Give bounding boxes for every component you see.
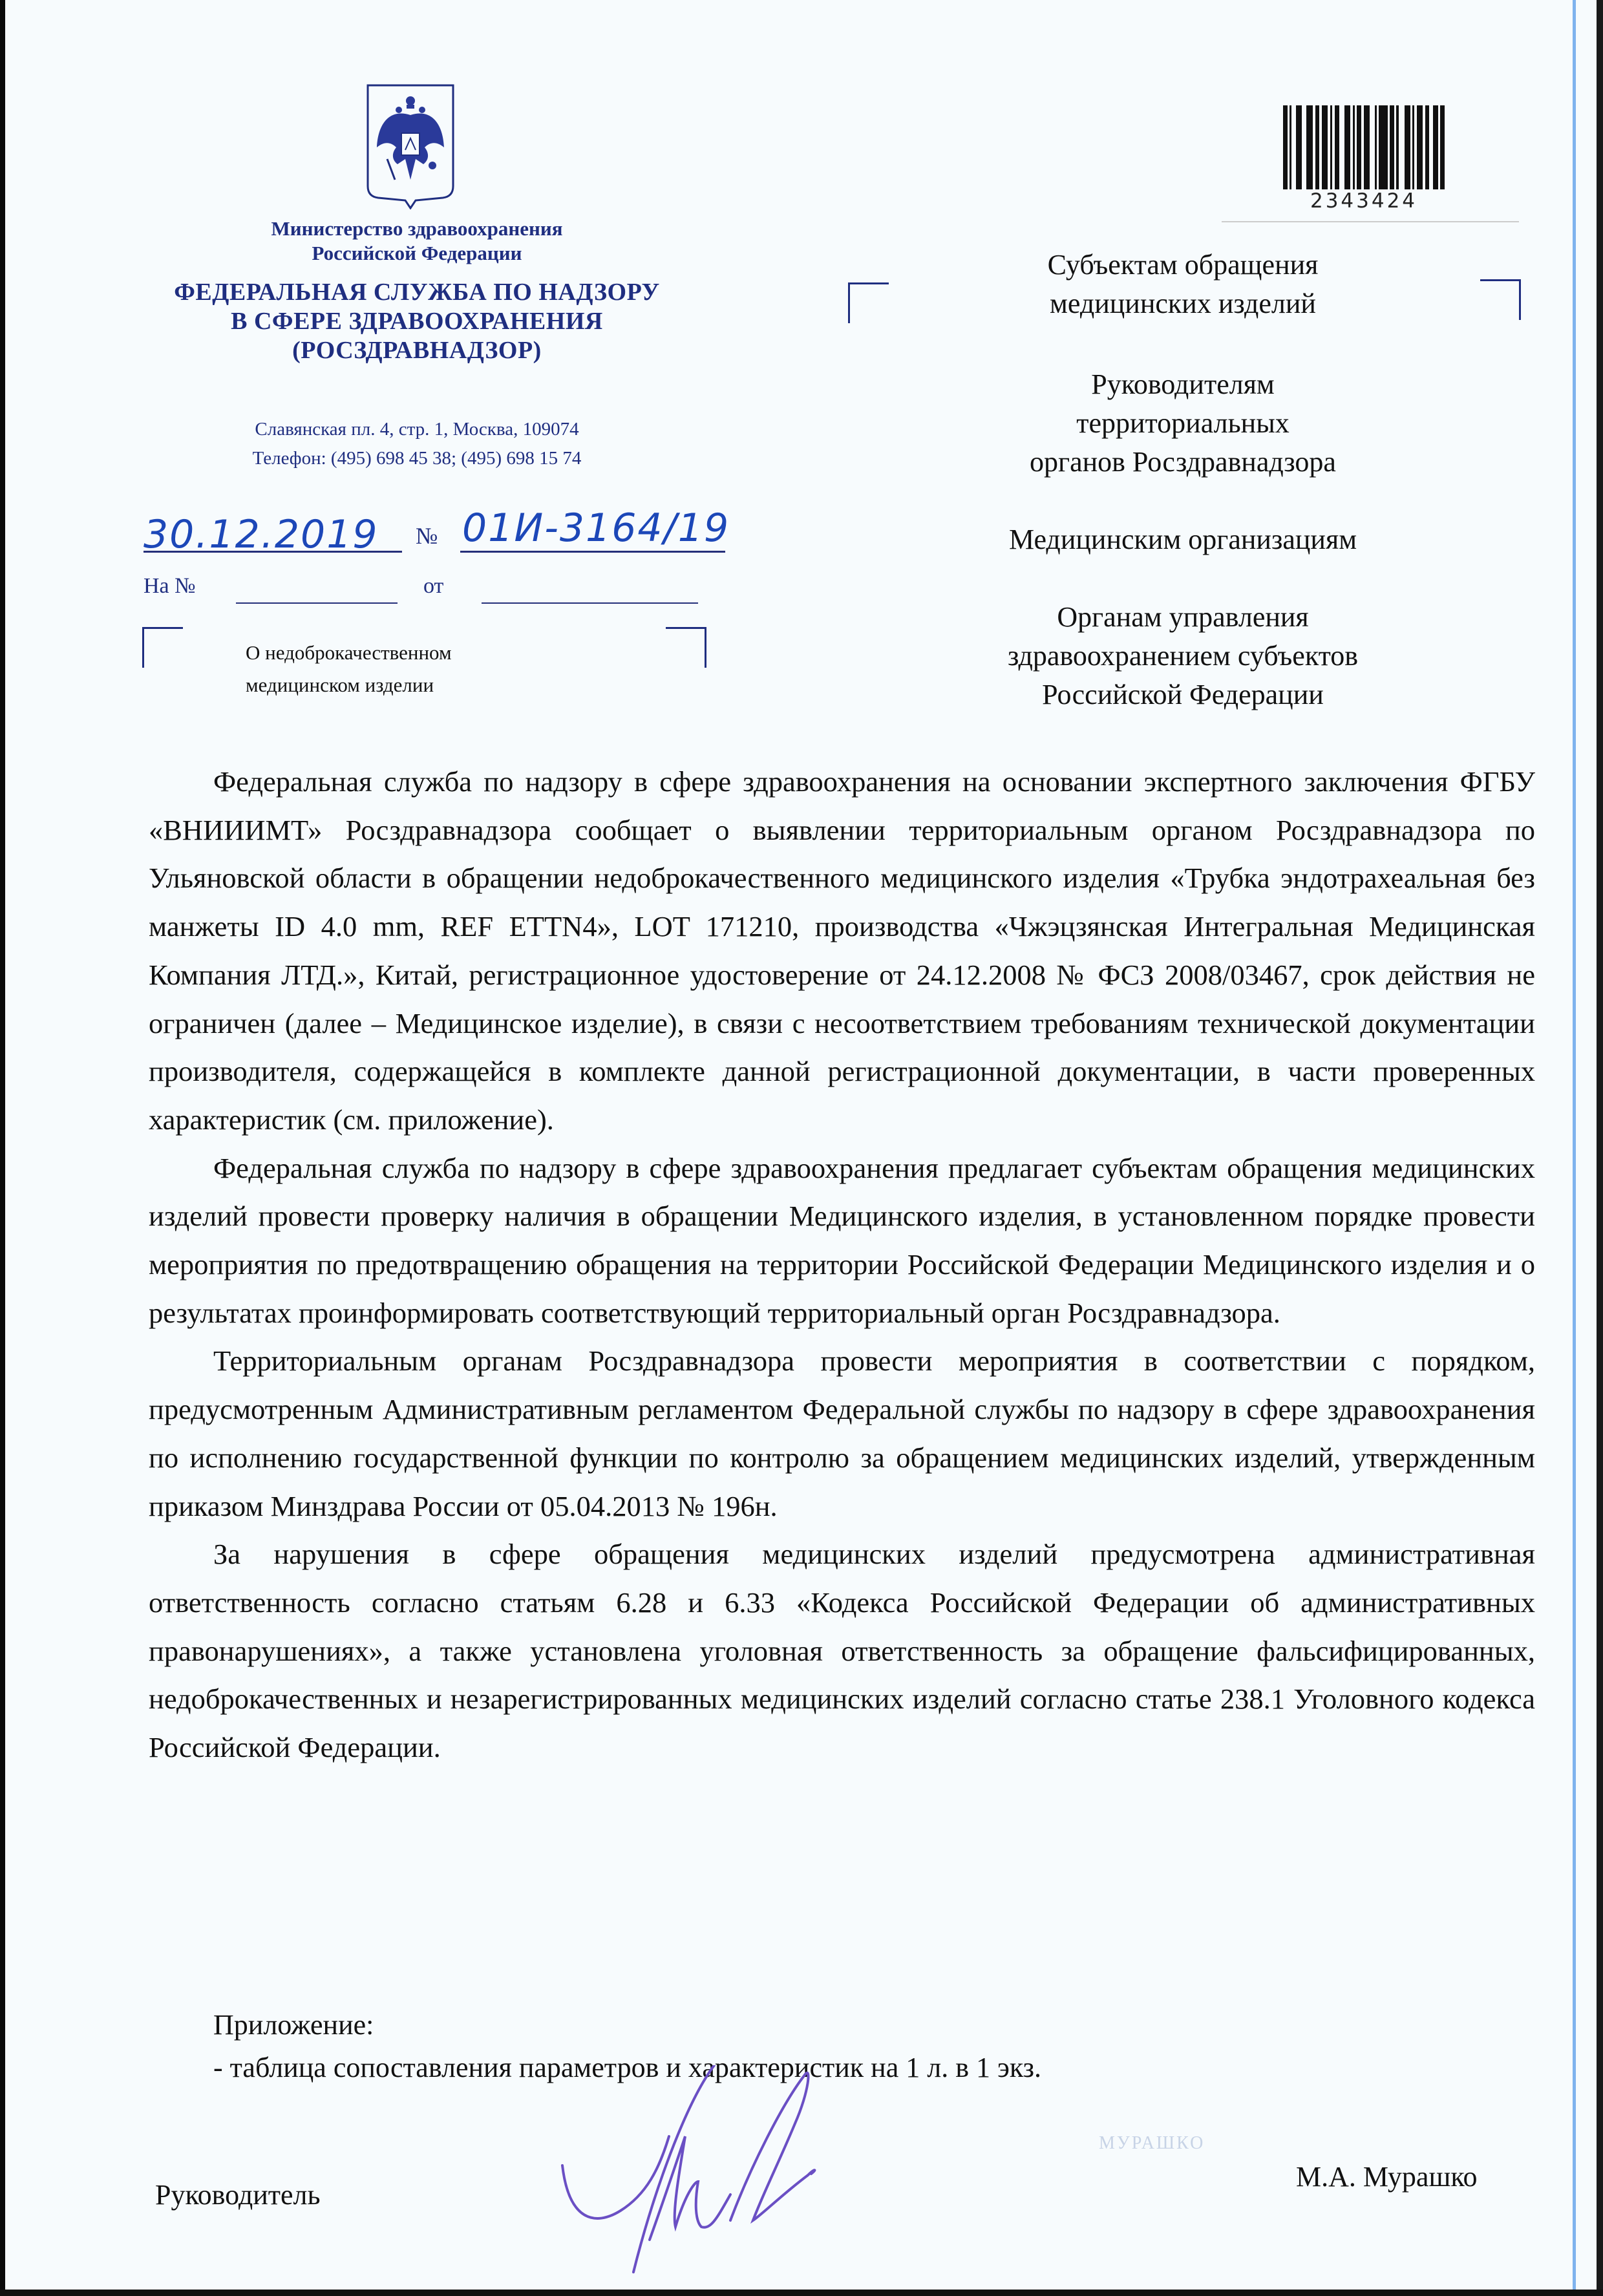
service-line-1: ФЕДЕРАЛЬНАЯ СЛУЖБА ПО НАДЗОРУ bbox=[123, 278, 711, 307]
scan-edge-right bbox=[1597, 0, 1603, 2296]
addressee-3: Медицинским организациям bbox=[931, 520, 1435, 559]
addressee-2-line-1: Руководителям bbox=[931, 365, 1435, 404]
reply-to-field bbox=[236, 602, 398, 604]
addressee-1-line-2: медицинских изделий bbox=[931, 284, 1435, 323]
attachment-label: Приложение: bbox=[213, 2004, 1041, 2046]
contacts-block: Славянская пл. 4, стр. 1, Москва, 109074… bbox=[175, 415, 659, 473]
barcode-divider bbox=[1222, 221, 1519, 222]
addressee-bracket-left bbox=[848, 282, 889, 323]
addressee-4-line-2: здравоохранением субъектов bbox=[931, 637, 1435, 675]
addressee-4-line-3: Российской Федерации bbox=[931, 675, 1435, 714]
number-sign: № bbox=[416, 522, 438, 549]
addressee-4: Органам управления здравоохранением субъ… bbox=[931, 598, 1435, 714]
addressee-1: Субъектам обращения медицинских изделий bbox=[931, 246, 1435, 323]
addressee-2-line-2: территориальных bbox=[931, 404, 1435, 443]
addressee-2-line-3: органов Росздравнадзора bbox=[931, 443, 1435, 482]
ministry-line-2: Российской Федерации bbox=[175, 241, 659, 266]
subject-block: О недоброкачественном медицинском издели… bbox=[246, 637, 452, 701]
number-underline bbox=[460, 551, 725, 553]
ministry-name: Министерство здравоохранения Российской … bbox=[175, 217, 659, 266]
barcode-number: 2343424 bbox=[1283, 189, 1445, 213]
scan-fold-line bbox=[1573, 0, 1576, 2296]
addressee-bracket-right bbox=[1480, 279, 1521, 320]
subject-bracket-left bbox=[142, 627, 183, 668]
service-name: ФЕДЕРАЛЬНАЯ СЛУЖБА ПО НАДЗОРУ В СФЕРЕ ЗД… bbox=[123, 278, 711, 365]
subject-line-2: медицинском изделии bbox=[246, 669, 452, 701]
barcode-icon bbox=[1283, 105, 1445, 189]
subject-line-1: О недоброкачественном bbox=[246, 637, 452, 669]
phone-text: Телефон: (495) 698 45 38; (495) 698 15 7… bbox=[175, 444, 659, 473]
reply-from-label: от bbox=[423, 574, 443, 599]
handwritten-signature-icon bbox=[556, 2065, 918, 2285]
addressee-1-line-1: Субъектам обращения bbox=[931, 246, 1435, 284]
registration-number: 01И-3164/19 bbox=[462, 505, 798, 551]
date-underline bbox=[143, 551, 402, 553]
ministry-line-1: Министерство здравоохранения bbox=[175, 217, 659, 241]
addressee-4-line-1: Органам управления bbox=[931, 598, 1435, 637]
addressee-3-line-1: Медицинским организациям bbox=[931, 520, 1435, 559]
reply-to-label: На № bbox=[143, 574, 196, 599]
body-paragraph-2: Федеральная служба по надзору в сфере зд… bbox=[149, 1144, 1535, 1337]
signer-title: Руководитель bbox=[155, 2178, 321, 2211]
coat-of-arms-icon bbox=[365, 83, 456, 209]
faint-stamp-imprint: МУРАШКО bbox=[1099, 2133, 1205, 2154]
address-text: Славянская пл. 4, стр. 1, Москва, 109074 bbox=[175, 415, 659, 444]
body-paragraph-1: Федеральная служба по надзору в сфере зд… bbox=[149, 758, 1535, 1144]
addressee-2: Руководителям территориальных органов Ро… bbox=[931, 365, 1435, 482]
service-line-3: (РОСЗДРАВНАДЗОР) bbox=[123, 336, 711, 365]
scan-edge-bottom bbox=[0, 2290, 1603, 2296]
letter-body: Федеральная служба по надзору в сфере зд… bbox=[149, 758, 1535, 1772]
reply-from-field bbox=[482, 602, 698, 604]
scan-edge-left bbox=[0, 0, 5, 2296]
subject-bracket-right bbox=[666, 627, 706, 668]
signer-name: М.А. Мурашко bbox=[1296, 2160, 1477, 2193]
service-line-2: В СФЕРЕ ЗДРАВООХРАНЕНИЯ bbox=[123, 307, 711, 336]
body-paragraph-3: Территориальным органам Росздравнадзора … bbox=[149, 1337, 1535, 1530]
body-paragraph-4: За нарушения в сфере обращения медицинск… bbox=[149, 1530, 1535, 1772]
